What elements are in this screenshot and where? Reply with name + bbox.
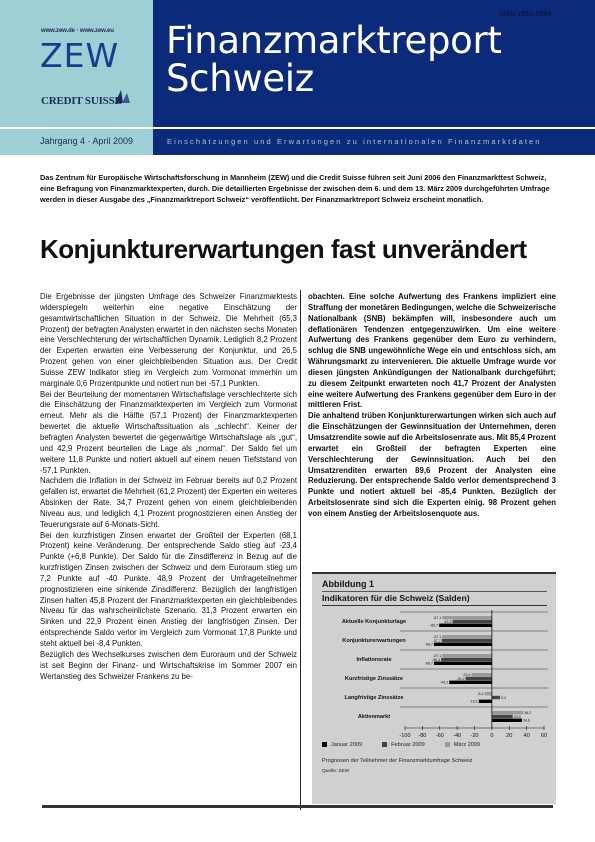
svg-text:34,6: 34,6 [523, 719, 530, 723]
header-divider [0, 127, 595, 129]
legend-item-march: März 2009 [445, 742, 480, 748]
report-title: Finanzmarktreport Schweiz [166, 22, 502, 98]
svg-text:-15,1: -15,1 [470, 700, 478, 704]
svg-text:Inflationsrate: Inflationsrate [356, 657, 391, 663]
svg-text:-57,7: -57,7 [433, 639, 441, 643]
zew-logo: ZEW [40, 36, 119, 75]
svg-text:-58,4: -58,4 [432, 658, 440, 662]
svg-text:20: 20 [506, 733, 512, 739]
article-headline: Konjunkturerwartungen fast unverändert [40, 234, 527, 265]
figure-title: Indikatoren für die Schweiz (Salden) [322, 593, 470, 603]
svg-text:-100: -100 [399, 733, 410, 739]
svg-text:-8,4: -8,4 [477, 692, 483, 696]
body-column-right: obachten. Eine solche Aufwertung des Fra… [308, 292, 556, 520]
body-paragraph: Bei den kurzfristigen Zinsen erwartet de… [40, 531, 297, 650]
figure-source: Quelle: ZEW [322, 769, 349, 774]
svg-text:9,4: 9,4 [501, 696, 506, 700]
svg-text:Aktuelle Konjunkturlage: Aktuelle Konjunkturlage [342, 619, 406, 625]
chart-legend: Januar 2009 Februar 2009 März 2009 [322, 742, 552, 748]
column-divider [300, 290, 301, 810]
legend-item-january: Januar 2009 [322, 742, 362, 748]
header-left-panel [0, 0, 153, 155]
body-paragraph: Die anhaltend trüben Konjunkturerwartung… [308, 411, 556, 519]
svg-text:-80: -80 [418, 733, 426, 739]
body-paragraph: Bei der Beurteilung der momentanen Wirts… [40, 390, 297, 477]
svg-text:-40: -40 [453, 733, 461, 739]
report-subtitle: Einschätzungen und Erwartungen zu intern… [167, 137, 542, 146]
figure-box: Abbildung 1 Indikatoren für die Schweiz … [312, 572, 556, 804]
credit-suisse-sail-icon [113, 88, 131, 104]
svg-text:-60: -60 [436, 733, 444, 739]
credit-suisse-logo: CREDIT SUISSE [41, 95, 122, 107]
report-title-line2: Schweiz [166, 60, 502, 98]
svg-text:-60,7: -60,7 [430, 624, 438, 628]
svg-text:-66,7: -66,7 [425, 643, 433, 647]
figure-note: Prognosen der Teilnehmer der Finanzmarkt… [322, 758, 472, 764]
svg-text:Langfristige Zinssätze: Langfristige Zinssätze [344, 695, 403, 701]
svg-text:Kurzfristige Zinssätze: Kurzfristige Zinssätze [345, 676, 403, 682]
body-column-left: Die Ergebnisse der jüngsten Umfrage des … [40, 292, 297, 682]
svg-text:40: 40 [524, 733, 530, 739]
svg-text:-57,1: -57,1 [433, 616, 441, 620]
header-urls[interactable]: www.zew.de · www.zew.eu [41, 28, 114, 34]
legend-item-february: Februar 2009 [382, 742, 425, 748]
svg-text:36,2: 36,2 [524, 711, 531, 715]
svg-text:0: 0 [490, 733, 493, 739]
figure-rule [322, 591, 547, 592]
svg-text:60: 60 [541, 733, 547, 739]
svg-text:-20: -20 [470, 733, 478, 739]
body-paragraph: Die Ergebnisse der jüngsten Umfrage des … [40, 292, 297, 390]
body-paragraph: Nachdem die Inflation in der Schweiz im … [40, 476, 297, 530]
issue-info: Jahrgang 4 · April 2009 [40, 136, 133, 146]
figure-rule [322, 605, 547, 606]
svg-text:-49,1: -49,1 [440, 681, 448, 685]
report-title-line1: Finanzmarktreport [166, 22, 502, 60]
svg-text:-66,7: -66,7 [425, 662, 433, 666]
issn: ISSN 1991-2544 [499, 11, 551, 18]
svg-text:-30,2: -30,2 [456, 677, 464, 681]
body-paragraph: Bezüglich des Wechselkurses zwischen dem… [40, 650, 297, 683]
figure-label: Abbildung 1 [322, 579, 374, 589]
intro-paragraph: Das Zentrum für Europäische Wirtschaftsf… [40, 172, 555, 205]
svg-text:-45,3: -45,3 [443, 620, 451, 624]
body-paragraph: obachten. Eine solche Aufwertung des Fra… [308, 292, 556, 411]
svg-text:24,0: 24,0 [514, 715, 521, 719]
svg-text:Aktienmarkt: Aktienmarkt [358, 714, 390, 720]
page-bottom-rule [42, 805, 553, 808]
svg-text:Konjunkturerwartungen: Konjunkturerwartungen [342, 638, 406, 644]
